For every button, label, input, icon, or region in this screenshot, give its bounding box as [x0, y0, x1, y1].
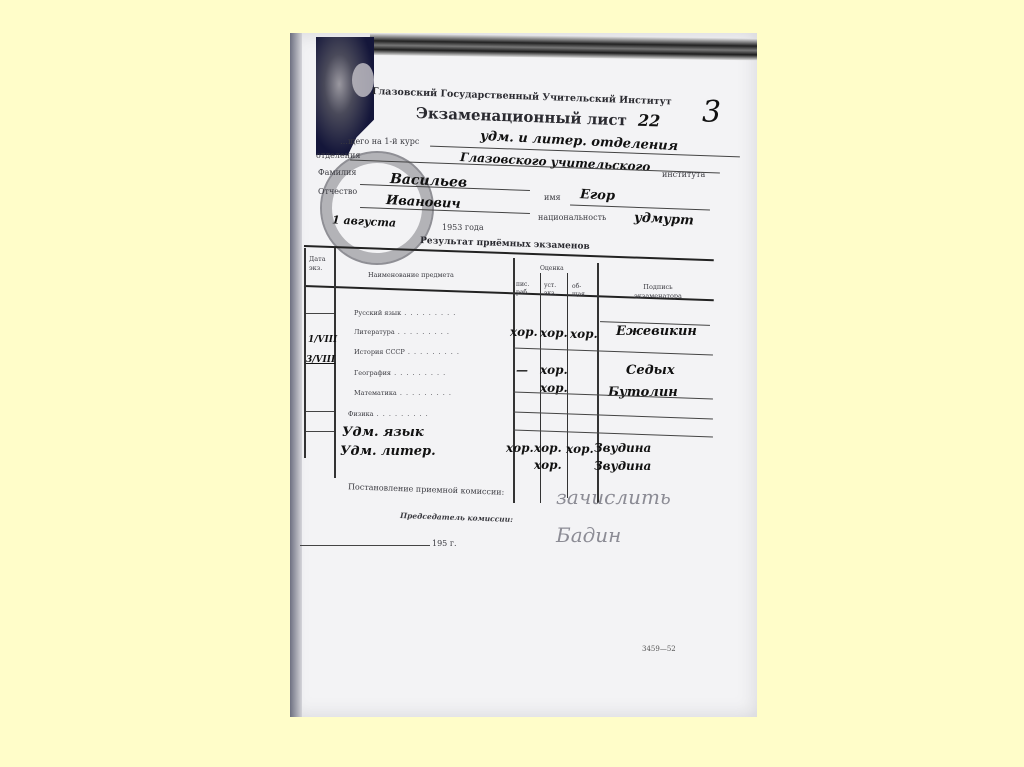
subject-cell: Литература — [354, 328, 450, 336]
examiner-signature: Звудина — [594, 459, 651, 473]
department-value: Глазовского учительского — [460, 150, 651, 174]
written-grade: хор. — [510, 325, 538, 339]
header-written: пис. раб. — [516, 281, 538, 297]
chairman-label: Председатель комиссии: — [400, 511, 513, 524]
examiner-signature: Ежевикин — [616, 324, 697, 339]
commission-decision-label: Постановление приемной комиссии: — [348, 482, 505, 496]
name-underline — [570, 205, 710, 211]
header-signature: Подпись экзаменатора — [626, 283, 690, 301]
course-label: …щего на 1-й курс — [340, 137, 419, 146]
date-cell: 1/VIII — [308, 335, 337, 345]
subject-cell: Математика — [354, 389, 452, 397]
name-label: имя — [544, 193, 561, 202]
year-label: 1953 года — [442, 223, 484, 232]
scan-top-shadow — [370, 33, 757, 61]
row-separator — [513, 430, 713, 438]
name-value: Егор — [580, 187, 616, 204]
oral-grade: хор. — [534, 441, 562, 455]
row-separator — [513, 348, 713, 356]
row-separator — [513, 412, 713, 420]
subject-cell: История СССР — [354, 348, 460, 356]
date-footer: 195 г. — [432, 539, 457, 548]
written-grade: — — [516, 363, 528, 377]
commission-decision-value: зачислить — [556, 485, 671, 509]
patronymic-label: Отчество — [318, 187, 357, 196]
exam-sheet-document: Глазовский Государственный Учительский И… — [290, 33, 757, 717]
date-footer-line — [300, 545, 430, 546]
subject-cell: Русский язык — [354, 309, 456, 317]
header-grade: Оценка — [540, 265, 564, 272]
examiner-signature: Седых — [626, 363, 675, 378]
header-overall: об- щая — [572, 283, 592, 299]
written-grade: хор. — [506, 441, 534, 455]
header-date: Дата экз. — [309, 255, 333, 273]
subject-cell: Удм. язык — [342, 425, 424, 440]
header-subject: Наименование предмета — [368, 271, 454, 279]
header-oral: уст. экз. — [544, 282, 564, 298]
sheet-number: 22 — [638, 111, 661, 131]
scan-left-edge — [290, 33, 302, 717]
row-separator — [306, 313, 334, 314]
oral-grade: хор. — [534, 458, 562, 472]
nationality-label: национальность — [538, 213, 606, 222]
photo-face — [352, 63, 374, 97]
overall-grade: хор. — [566, 442, 594, 456]
page-number: 3 — [702, 95, 721, 130]
row-separator — [306, 411, 334, 412]
subject-cell: Физика — [348, 410, 429, 418]
oral-grade: хор. — [540, 326, 568, 340]
subject-col-border — [513, 258, 515, 503]
chairman-signature: Бадин — [556, 523, 621, 547]
document-title: Экзаменационный лист 22 — [416, 103, 661, 131]
table-left-border — [304, 248, 306, 458]
subject-cell: География — [354, 369, 446, 377]
date-cell: 3/VIII — [306, 355, 335, 365]
row-separator — [306, 431, 334, 432]
examiner-signature: Звудина — [594, 441, 651, 455]
surname-label: Фамилия — [318, 168, 356, 177]
print-code: 3459—52 — [642, 645, 676, 653]
oral-grade: хор. — [540, 363, 568, 377]
department-label: отделения — [316, 151, 360, 160]
overall-grade: хор. — [570, 327, 598, 341]
title-text: Экзаменационный лист — [416, 104, 628, 129]
nationality-value: удмурт — [634, 210, 695, 228]
subject-cell: Удм. литер. — [340, 444, 436, 459]
